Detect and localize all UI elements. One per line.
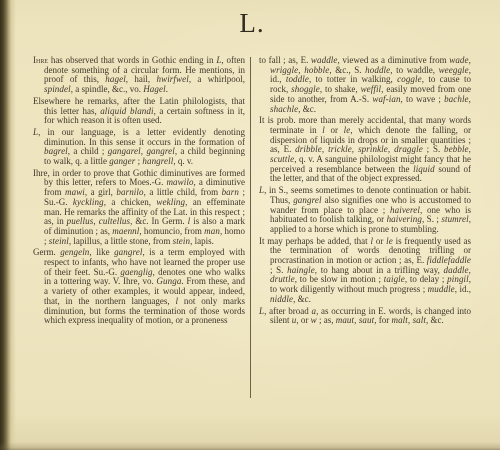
paragraph: Ihre, in order to prove that Gothic dimi… [33, 169, 245, 247]
page-header-letter: L. [30, 8, 474, 39]
paragraph: It may perhaps be added, that l or le is… [259, 237, 471, 305]
column-left: Ihre has observed that words in Gothic e… [33, 56, 245, 328]
paragraph: L, after broad a, as occurring in E. wor… [259, 307, 471, 326]
paragraph: L, in S., seems sometimes to denote cont… [259, 186, 471, 235]
text-columns: Ihre has observed that words in Gothic e… [33, 56, 474, 328]
paragraph: to fall ; as, E. waddle, viewed as a dim… [259, 56, 471, 114]
column-right: to fall ; as, E. waddle, viewed as a dim… [259, 56, 471, 328]
paragraph: Elsewhere he remarks, after the Latin ph… [33, 97, 245, 126]
page-bottom-shadow [0, 442, 500, 450]
paragraph: Ihre has observed that words in Gothic e… [33, 56, 245, 95]
paragraph: Germ. gengeln, like gangrel, is a term e… [33, 248, 245, 326]
paragraph: L, in our language, is a letter evidentl… [33, 128, 245, 167]
paragraph: It is prob. more than merely accidental,… [259, 116, 471, 184]
book-binding-edge [0, 0, 16, 450]
